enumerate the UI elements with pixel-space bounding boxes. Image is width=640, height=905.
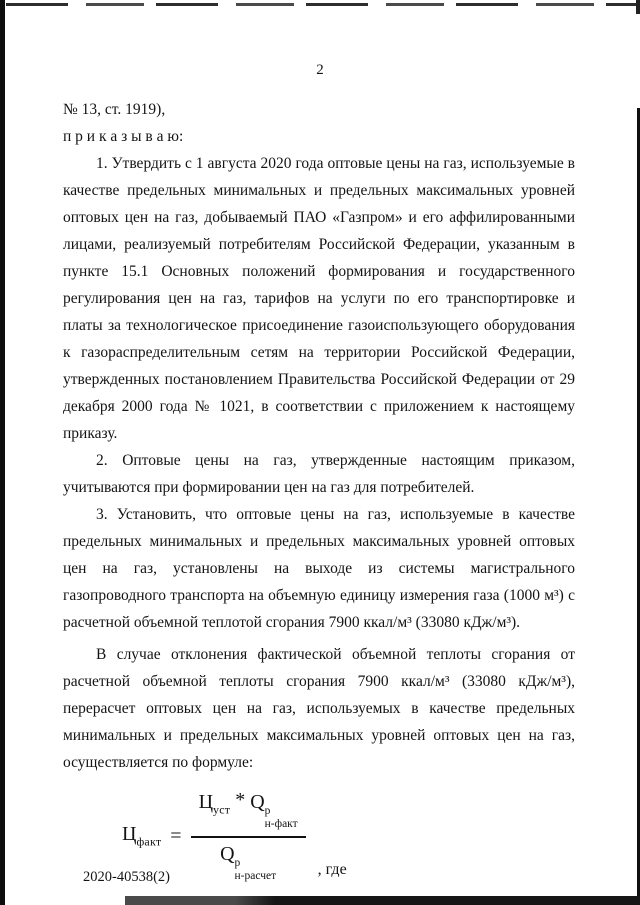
denominator-superscript: р — [235, 857, 277, 870]
document-page: 2 № 13, ст. 1919), п р и к а з ы в а ю: … — [0, 0, 640, 882]
document-registration-code: 2020-40538(2) — [83, 869, 170, 886]
formula-equals-sign: = — [170, 825, 181, 848]
formula-where-suffix: , где — [318, 861, 347, 882]
scan-bottom-border — [125, 896, 640, 905]
price-recalculation-formula: Цфакт = Цуст*Qрн-факт Qрн-расчет , где — [122, 791, 640, 882]
formula-denominator: Qрн-расчет — [191, 838, 306, 883]
denominator-supsub: рн-расчет — [235, 857, 277, 882]
formula-lhs-subscript: факт — [136, 835, 161, 849]
numerator-superscript-2: р — [265, 805, 298, 818]
numerator-subscript-2: н-факт — [265, 818, 298, 831]
denominator-subscript: н-расчет — [235, 870, 277, 883]
formula-lhs: Цфакт — [122, 823, 161, 849]
numerator-supsub-2: рн-факт — [265, 805, 298, 830]
decree-word-line: п р и к а з ы в а ю: — [63, 123, 575, 150]
formula-fraction: Цуст*Qрн-факт Qрн-расчет — [191, 791, 306, 882]
paragraph-3: 3. Установить, что оптовые цены на газ, … — [63, 501, 575, 636]
scan-left-border — [0, 0, 5, 905]
paragraph-1: 1. Утвердить с 1 августа 2020 года оптов… — [63, 150, 575, 447]
multiplication-operator: * — [235, 789, 245, 811]
paragraph-4: В случае отклонения фактической объемной… — [63, 641, 575, 776]
formula-lhs-base: Ц — [122, 823, 136, 845]
document-body: № 13, ст. 1919), п р и к а з ы в а ю: 1.… — [63, 96, 575, 776]
scan-right-corner-mark — [636, 0, 640, 14]
page-number: 2 — [0, 0, 640, 79]
formula-numerator: Цуст*Qрн-факт — [191, 791, 306, 838]
paragraph-2: 2. Оптовые цены на газ, утвержденные нас… — [63, 447, 575, 501]
denominator-base: Q — [220, 843, 234, 865]
numerator-base-2: Q — [250, 791, 264, 813]
scan-top-border — [6, 3, 640, 6]
numerator-base-1: Ц — [199, 791, 213, 813]
numerator-subscript-1: уст — [213, 802, 230, 816]
reference-line: № 13, ст. 1919), — [63, 96, 575, 123]
